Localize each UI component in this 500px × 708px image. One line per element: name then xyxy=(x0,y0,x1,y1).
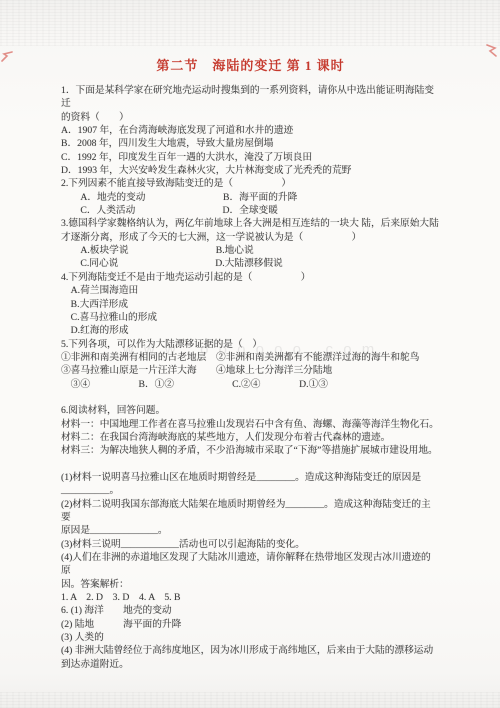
scan-texture-bottom xyxy=(0,692,500,708)
document-line: (3) 人类的 xyxy=(61,631,440,644)
document-line: D．1993 年，大兴安岭发生森林火灾，大片林海变成了光秃秃的荒野 xyxy=(61,164,440,177)
document-line: 6. (1) 海洋 地壳的变动 xyxy=(61,604,440,617)
scanned-worksheet-page: w w w . o o o o o o . c o m 第二节 海陆的变迁 第 … xyxy=(0,0,500,708)
document-line: (4)人们在非洲的赤道地区发现了大陆冰川遗迹，请你解释在热带地区发现古冰川遗迹的… xyxy=(61,551,440,578)
document-line: 5.下列各项，可以作为大陆漂移证据的是（ ） xyxy=(61,338,440,351)
document-line: C.同心说 D.大陆漂移假说 xyxy=(61,257,440,270)
document-line: (2) 陆地 海平面的升降 xyxy=(61,618,440,631)
document-line: 6.阅读材料，回答问题。 xyxy=(61,404,440,417)
document-line: (4) 非洲大陆曾经位于高纬度地区，因为冰川形成于高纬地区，后来由于大陆的漂移运… xyxy=(61,644,440,657)
worksheet-content: 第二节 海陆的变迁 第 1 课时 1．下面是某科学家在研究地壳运动时搜集到的一系… xyxy=(61,57,440,671)
worksheet-title: 第二节 海陆的变迁 第 1 课时 xyxy=(61,57,440,74)
document-line: ③喜马拉雅山原是一片汪洋大海 ④地球上七分海洋三分陆地 xyxy=(61,364,440,377)
document-line xyxy=(61,391,440,404)
document-line: 1．下面是某科学家在研究地壳运动时搜集到的一系列资料，请你从中选出能证明海陆变迁 xyxy=(61,84,440,111)
document-line: 材料三：为解决地狭人稠的矛盾，不少沿海城市采取了“下海”等措施扩展城市建设用地。 xyxy=(61,444,440,457)
document-line: A．地壳的变动 B．海平面的升降 xyxy=(61,191,440,204)
document-line: 4.下列海陆变迁不是由于地壳运动引起的是（ ） xyxy=(61,271,440,284)
document-line: 3.德国科学家魏格纳认为，两亿年前地球上各大洲是相互连结的一块大 陆，后来原始大… xyxy=(61,217,440,230)
document-line: 的资料（ ） xyxy=(61,111,440,124)
document-line: 材料一：中国地理工作者在喜马拉雅山发现岩石中含有鱼、海螺、海藻等海洋生物化石。 xyxy=(61,418,440,431)
document-line: 才逐渐分离，形成了今天的七大洲，这一学说被认为是（ ） xyxy=(61,231,440,244)
document-line: B.大西洋形成 xyxy=(61,298,440,311)
document-line xyxy=(61,458,440,471)
document-line: 原因是______________。 xyxy=(61,524,440,537)
document-line: 到达赤道附近。 xyxy=(61,658,440,671)
document-line: C．1992 年，印度发生百年一遇的大洪水，淹没了万顷良田 xyxy=(61,151,440,164)
document-line: __________。 xyxy=(61,484,440,497)
document-line: C.喜马拉雅山的形成 xyxy=(61,311,440,324)
document-line: ③④ B．①② C.②④ D.①③ xyxy=(61,378,440,391)
document-line: ①非洲和南美洲有相同的古老地层 ②非洲和南美洲都有不能漂洋过海的海牛和鸵鸟 xyxy=(61,351,440,364)
worksheet-body: 1．下面是某科学家在研究地壳运动时搜集到的一系列资料，请你从中选出能证明海陆变迁… xyxy=(61,84,440,671)
document-line: 1. A 2. D 3. D 4. A 5. B xyxy=(61,591,440,604)
document-line: D.红海的形成 xyxy=(61,324,440,337)
document-line: A.板块学说 B.地心说 xyxy=(61,244,440,257)
red-scan-mark-left xyxy=(1,50,14,69)
document-line: B．2008 年，四川发生大地震，导致大量房屋倒塌 xyxy=(61,137,440,150)
document-line: (2)材料二说明我国东部海底大陆架在地质时期曾经为________。造成这种海陆… xyxy=(61,498,440,525)
document-line: A.荷兰围海造田 xyxy=(61,284,440,297)
document-line: (3)材料三说明____________活动也可以引起海陆的变化。 xyxy=(61,538,440,551)
document-line: 因。答案解析： xyxy=(61,578,440,591)
scan-texture-top xyxy=(0,0,500,46)
document-line: 材料二：在我国台湾海峡海底的某些地方，人们发现分布着古代森林的遗迹。 xyxy=(61,431,440,444)
document-line: 2.下列因素不能直接导致海陆变迁的是（ ） xyxy=(61,177,440,190)
document-line: (1)材料一说明喜马拉雅山区在地质时期曾经是________。造成这种海陆变迁的… xyxy=(61,471,440,484)
document-line: C．人类活动 D．全球变暖 xyxy=(61,204,440,217)
red-scan-mark-right xyxy=(485,43,498,63)
document-line: A．1907 年，在台湾海峡海底发现了河道和水井的遗迹 xyxy=(61,124,440,137)
